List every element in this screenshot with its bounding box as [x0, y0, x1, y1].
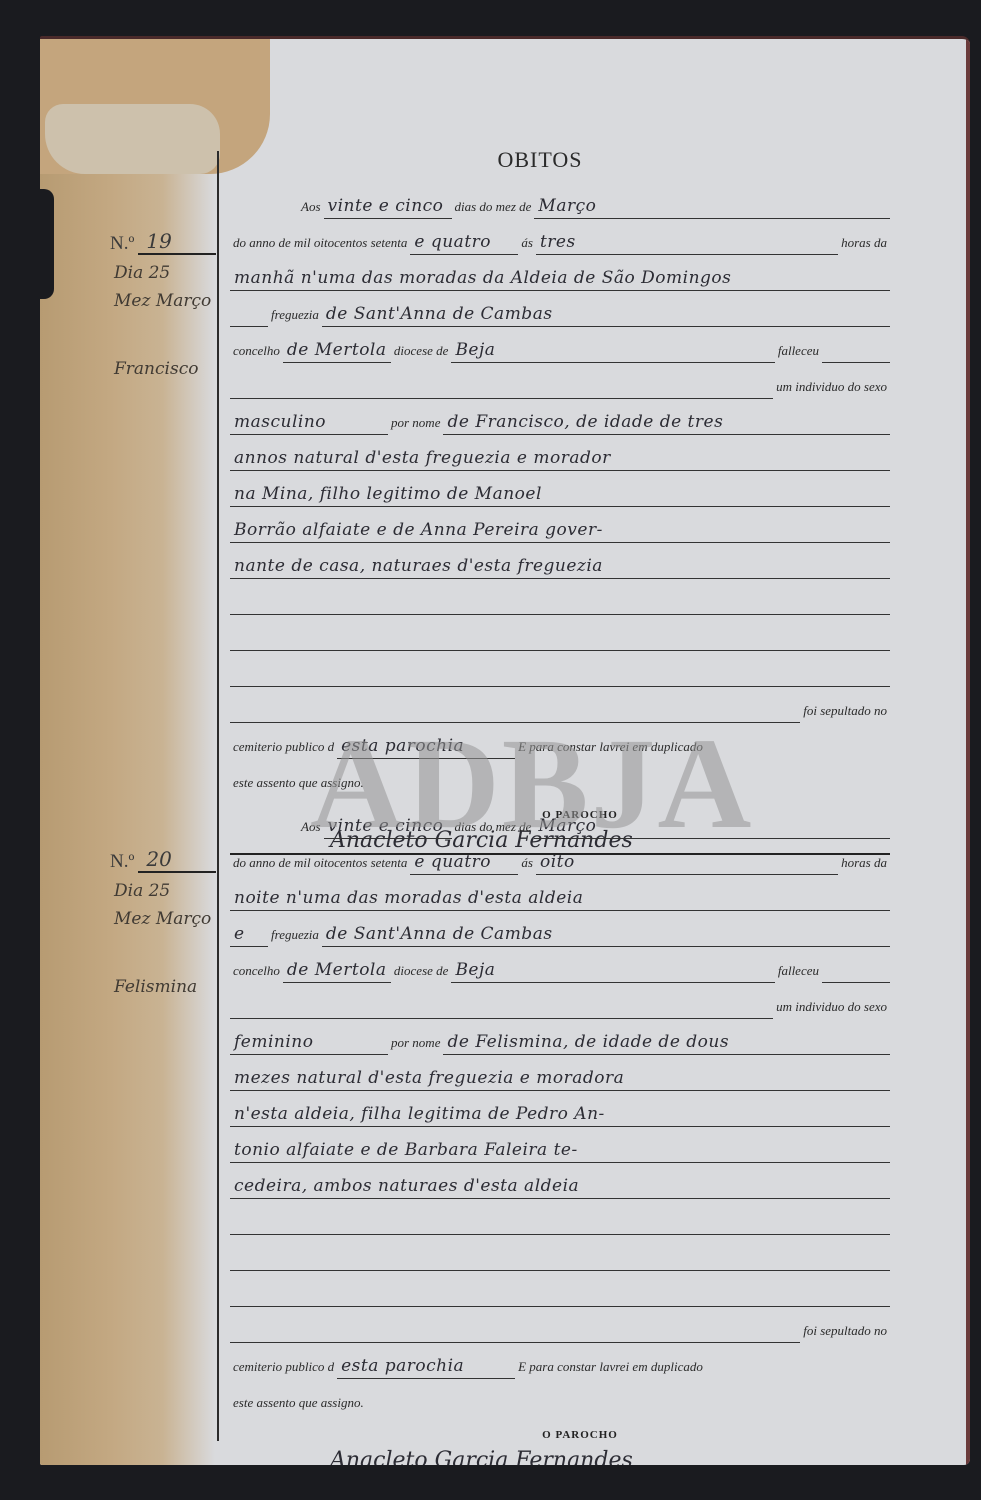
torn-edge	[40, 189, 54, 299]
line-date: Aos vinte e cinco dias do mez de Março	[230, 809, 890, 839]
number-label: N.º	[110, 233, 134, 255]
label-individuo: um individuo do sexo	[773, 379, 890, 399]
line-concelho: concelho de Mertola diocese de Beja fall…	[230, 333, 890, 363]
year-value: e quatro	[410, 842, 518, 875]
label-buried: foi sepultado no	[800, 1323, 890, 1343]
parish-priest-signature: Anacleto Garcia Fernandes	[230, 1443, 890, 1465]
line-freguezia: e freguezia de Sant'Anna de Cambas	[230, 917, 890, 947]
diocese-value: Beja	[451, 950, 774, 983]
year-value: e quatro	[410, 222, 518, 255]
sexo-value: feminino	[230, 1022, 388, 1055]
line-sexo: masculino por nome de Francisco, de idad…	[230, 405, 890, 435]
line-assento: este assento que assigno.	[230, 765, 890, 795]
label-name: por nome	[388, 415, 443, 435]
page-title: OBITOS	[40, 147, 970, 173]
line-cemiterio: cemiterio publico d esta parochia E para…	[230, 729, 890, 759]
label-individuo: um individuo do sexo	[773, 999, 890, 1019]
line-concelho: concelho de Mertola diocese de Beja fall…	[230, 953, 890, 983]
name-value: de Francisco, de idade de tres	[443, 402, 890, 435]
hour-value: tres	[536, 222, 838, 255]
label-concelho: concelho	[230, 963, 283, 983]
freguezia-value: de Sant'Anna de Cambas	[322, 914, 890, 947]
line-freguezia: freguezia de Sant'Anna de Cambas	[230, 297, 890, 327]
line-sepultado: foi sepultado no	[230, 693, 890, 723]
label-at: ás	[518, 235, 536, 255]
entry-number: 20	[138, 847, 216, 873]
entry-1: Aos vinte e cinco dias do mez de Março d…	[230, 189, 890, 855]
label-diocese: diocese de	[391, 343, 452, 363]
body-line: annos natural d'esta freguezia e morador	[230, 441, 890, 471]
name-value: de Felismina, de idade de dous	[443, 1022, 890, 1055]
hour-value: oito	[536, 842, 838, 875]
line-assento: este assento que assigno.	[230, 1385, 890, 1415]
label-year: do anno de mil oitocentos setenta	[230, 855, 410, 875]
label-falleceu: falleceu	[775, 343, 822, 363]
month-value: Março	[534, 186, 890, 219]
entry-2: Aos vinte e cinco dias do mez de Março d…	[230, 809, 890, 1465]
line-cemiterio: cemiterio publico d esta parochia E para…	[230, 1349, 890, 1379]
day-value: vinte e cinco	[324, 186, 452, 219]
body-line: na Mina, filho legitimo de Manoel	[230, 477, 890, 507]
label-hours: horas da	[838, 855, 890, 875]
parocho-label: O PAROCHO	[230, 1429, 890, 1441]
binding-edge	[966, 39, 970, 1465]
line-year: do anno de mil oitocentos setenta e quat…	[230, 845, 890, 875]
body-line	[230, 1241, 890, 1271]
label-freguezia: freguezia	[268, 927, 322, 947]
body-line	[230, 1205, 890, 1235]
body-line	[230, 621, 890, 651]
body-line	[230, 1277, 890, 1307]
line-sepultado: foi sepultado no	[230, 1313, 890, 1343]
place-value: noite n'uma das moradas d'esta aldeia	[230, 878, 890, 911]
label-record: E para constar lavrei em duplicado	[515, 1359, 706, 1379]
concelho-value: de Mertola	[283, 950, 391, 983]
cemetery-value: esta parochia	[337, 726, 515, 759]
day-value: vinte e cinco	[324, 806, 452, 839]
cemetery-value: esta parochia	[337, 1346, 515, 1379]
label-assento: este assento que assigno.	[230, 1395, 367, 1415]
line-year: do anno de mil oitocentos setenta e quat…	[230, 225, 890, 255]
body-line: Borrão alfaiate e de Anna Pereira gover-	[230, 513, 890, 543]
line-place: noite n'uma das moradas d'esta aldeia	[230, 881, 890, 911]
freguezia-value: de Sant'Anna de Cambas	[322, 294, 890, 327]
label-aos: Aos	[298, 199, 324, 219]
diocese-value: Beja	[451, 330, 774, 363]
body-line	[230, 585, 890, 615]
label-hours: horas da	[838, 235, 890, 255]
label-aos: Aos	[298, 819, 324, 839]
label-name: por nome	[388, 1035, 443, 1055]
label-cemetery: cemiterio publico d	[230, 739, 337, 759]
label-month: dias do mez de	[452, 199, 535, 219]
line-sexo: feminino por nome de Felismina, de idade…	[230, 1025, 890, 1055]
line-individuo: um individuo do sexo	[230, 989, 890, 1019]
register-page: OBITOS N.º 19 Dia 25 Mez Março Francisco…	[40, 36, 970, 1465]
body-line: n'esta aldeia, filha legitima de Pedro A…	[230, 1097, 890, 1127]
label-at: ás	[518, 855, 536, 875]
concelho-value: de Mertola	[283, 330, 391, 363]
place-value: manhã n'uma das moradas da Aldeia de São…	[230, 258, 890, 291]
label-falleceu: falleceu	[775, 963, 822, 983]
body-line: mezes natural d'esta freguezia e morador…	[230, 1061, 890, 1091]
line-date: Aos vinte e cinco dias do mez de Março	[230, 189, 890, 219]
label-year: do anno de mil oitocentos setenta	[230, 235, 410, 255]
label-assento: este assento que assigno.	[230, 775, 367, 795]
entry-number: 19	[138, 229, 216, 255]
label-diocese: diocese de	[391, 963, 452, 983]
body-line: cedeira, ambos naturaes d'esta aldeia	[230, 1169, 890, 1199]
label-buried: foi sepultado no	[800, 703, 890, 723]
label-freguezia: freguezia	[268, 307, 322, 327]
label-record: E para constar lavrei em duplicado	[515, 739, 706, 759]
line-place: manhã n'uma das moradas da Aldeia de São…	[230, 261, 890, 291]
month-value: Março	[534, 806, 890, 839]
label-cemetery: cemiterio publico d	[230, 1359, 337, 1379]
line-individuo: um individuo do sexo	[230, 369, 890, 399]
label-concelho: concelho	[230, 343, 283, 363]
sexo-value: masculino	[230, 402, 388, 435]
body-line	[230, 657, 890, 687]
body-line: nante de casa, naturaes d'esta freguezia	[230, 549, 890, 579]
body-line: tonio alfaiate e de Barbara Faleira te-	[230, 1133, 890, 1163]
number-label: N.º	[110, 851, 134, 873]
label-month: dias do mez de	[452, 819, 535, 839]
